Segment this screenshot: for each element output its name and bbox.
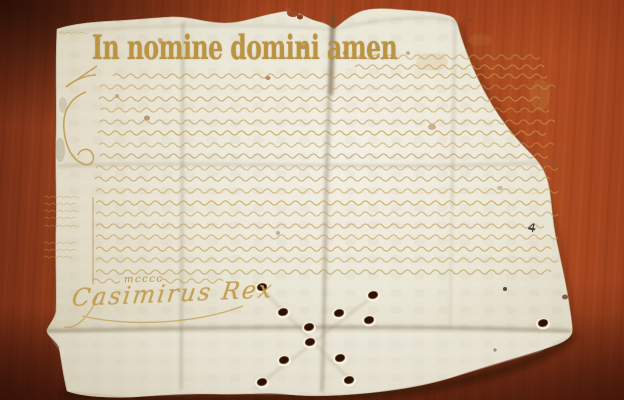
- photo-of-parchment-charter: In nomine domini amen mcccc Casimirus Re…: [0, 0, 624, 400]
- charter-heading: In nomine domini amen: [92, 27, 397, 68]
